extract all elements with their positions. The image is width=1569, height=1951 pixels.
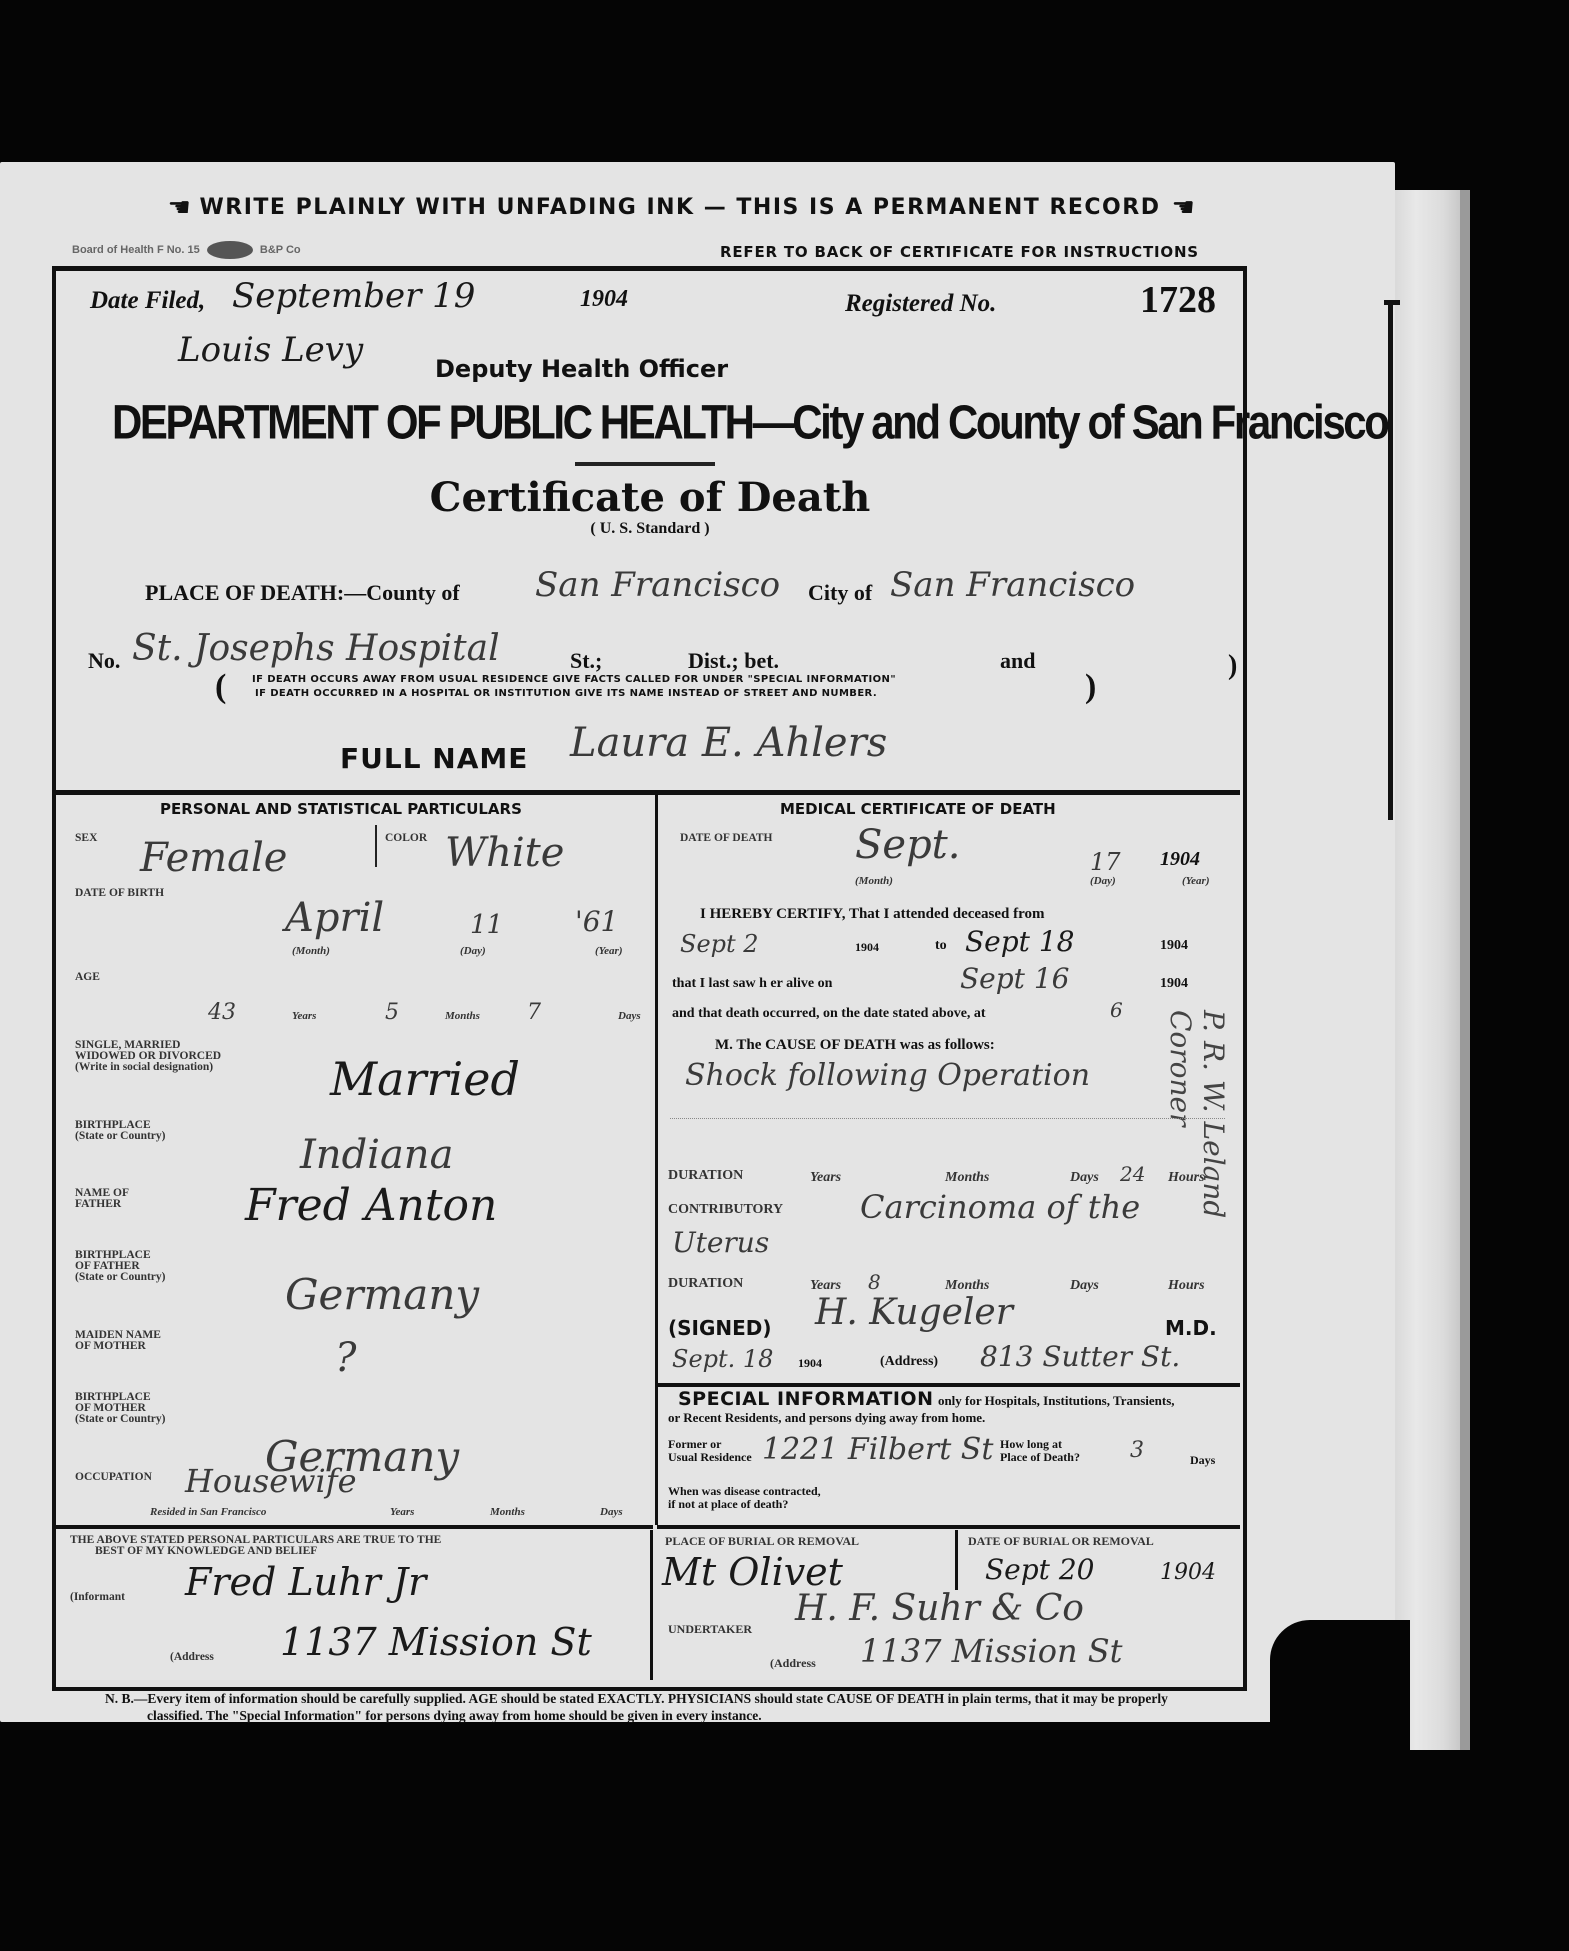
section-divider: [55, 790, 1240, 795]
paren-close: ): [1085, 668, 1096, 706]
cause-value: Shock following Operation: [685, 1058, 1090, 1093]
certificate-title: Certificate of Death: [0, 474, 1300, 521]
occupation-value: Housewife: [185, 1462, 357, 1500]
father-bp-label-3: (State or Country): [75, 1272, 166, 1283]
certify-text: I HEREBY CERTIFY, That I attended deceas…: [700, 906, 1045, 923]
street-label: St.;: [570, 648, 602, 674]
contributory-label: CONTRIBUTORY: [668, 1204, 783, 1215]
paren-open: (: [215, 668, 226, 706]
contributory-value-2: Uterus: [672, 1226, 769, 1259]
attended-from: Sept 2: [680, 930, 759, 958]
attended-to-year: 1904: [1160, 938, 1188, 954]
deputy-signature: Louis Levy: [178, 330, 363, 370]
dod-year-caption: (Year): [1182, 875, 1210, 887]
informant-statement-2: BEST OF MY KNOWLEDGE AND BELIEF: [95, 1546, 317, 1557]
form-number: Board of Health F No. 15 B&P Co: [72, 241, 301, 259]
deputy-title: Deputy Health Officer: [435, 355, 728, 383]
dod-month-caption: (Month): [855, 875, 893, 887]
title-rule: [575, 462, 715, 466]
year-caption: (Year): [595, 945, 623, 957]
days-caption: Days: [618, 1010, 641, 1022]
last-saw-value: Sept 16: [960, 962, 1069, 995]
medical-heading: MEDICAL CERTIFICATE OF DEATH: [780, 800, 1056, 818]
pointing-hand-icon: ☛: [166, 193, 191, 223]
duration-years: Years: [810, 1170, 841, 1186]
month-caption: (Month): [292, 945, 330, 957]
physician-address: 813 Sutter St.: [980, 1340, 1180, 1373]
burial-date-label: DATE of BURIAL or REMOVAL: [968, 1536, 1154, 1547]
informant-address: 1137 Mission St: [280, 1620, 592, 1664]
place-note-2: IF DEATH OCCURRED IN A HOSPITAL OR INSTI…: [255, 688, 877, 699]
city-value: San Francisco: [890, 565, 1135, 605]
special-heading-title: SPECIAL INFORMATION: [678, 1388, 933, 1410]
city-label: City of: [808, 580, 872, 606]
county-value: San Francisco: [535, 565, 780, 605]
resided-years: Years: [390, 1506, 414, 1518]
color-label: COLOR: [385, 833, 427, 844]
burial-date: Sept 20: [985, 1553, 1094, 1586]
years-caption: Years: [292, 1010, 316, 1022]
mother-label-2: OF MOTHER: [75, 1341, 146, 1352]
signed-date: Sept. 18: [672, 1345, 773, 1373]
sex-color-divider: [375, 825, 377, 867]
banner-text: WRITE PLAINLY WITH UNFADING INK — THIS I…: [200, 195, 1161, 220]
informant-name: Fred Luhr Jr: [185, 1560, 426, 1604]
district-label: Dist.; bet.: [688, 648, 779, 674]
pointing-hand-icon: ☛: [1170, 193, 1195, 223]
mother-bp-label-3: (State or Country): [75, 1414, 166, 1425]
months-caption: Months: [445, 1010, 480, 1022]
burial-divider: [657, 1525, 1240, 1529]
sex-label: SEX: [75, 833, 97, 844]
sex-value: Female: [140, 835, 287, 881]
occupation-label: OCCUPATION: [75, 1472, 152, 1483]
dod-day-caption: (Day): [1090, 875, 1116, 887]
footer-note: N. B.—Every item of information should b…: [105, 1690, 1217, 1724]
time-value: 6: [1110, 998, 1123, 1022]
street-value: St. Josephs Hospital: [132, 628, 500, 669]
dob-month: April: [285, 895, 384, 941]
full-name-value: Laura E. Ahlers: [570, 720, 887, 766]
last-saw-label: that I last saw h er alive on: [672, 976, 832, 992]
header-banner: ☛ WRITE PLAINLY WITH UNFADING INK — THIS…: [155, 193, 1205, 223]
book-page-edge-shadow: [1460, 190, 1470, 1750]
birthplace-label-2: (State or Country): [75, 1131, 166, 1142]
contributory-value-1: Carcinoma of the: [860, 1188, 1140, 1226]
mother-maiden-name: ?: [335, 1335, 356, 1381]
age-days: 7: [527, 1000, 541, 1025]
dod-year: 1904: [1160, 848, 1200, 871]
printer-text: B&P Co: [260, 244, 301, 256]
burial-year: 1904: [1160, 1560, 1216, 1585]
burial-place-label: PLACE OF BURIAL OR REMOVAL: [665, 1536, 859, 1547]
father-label-2: FATHER: [75, 1199, 121, 1210]
full-name-label: FULL NAME: [340, 742, 528, 775]
duration-days: Days: [1070, 1170, 1099, 1186]
signed-label: (SIGNED): [668, 1316, 772, 1340]
special-heading: SPECIAL INFORMATION only for Hospitals, …: [678, 1388, 1175, 1410]
resided-label: Resided in San Francisco: [150, 1506, 266, 1518]
certificate-subtitle: ( U. S. Standard ): [0, 520, 1300, 538]
special-heading-rest: only for Hospitals, Institutions, Transi…: [938, 1393, 1175, 1408]
dod-month: Sept.: [855, 822, 960, 868]
physician-signature: H. Kugeler: [815, 1292, 1013, 1333]
former-residence-label: Former or Usual Residence: [668, 1438, 752, 1464]
attended-to: Sept 18: [965, 925, 1074, 958]
column-divider: [655, 795, 658, 1525]
dob-label: DATE OF BIRTH: [75, 888, 164, 899]
column-divider-lower: [650, 1530, 653, 1680]
form-number-text: Board of Health F No. 15: [72, 244, 200, 256]
duration-label: DURATION: [668, 1170, 743, 1181]
page-corner-shadow: [1270, 1620, 1410, 1780]
color-value: White: [445, 830, 564, 876]
age-label: AGE: [75, 972, 100, 983]
occurred-label: and that death occurred, on the date sta…: [672, 1006, 986, 1022]
paren-close: ): [1228, 650, 1237, 682]
informant-address-label: (Address: [170, 1652, 214, 1663]
department-title: DEPARTMENT OF PUBLIC HEALTH—City and Cou…: [112, 395, 1222, 450]
street-number-label: No.: [88, 648, 120, 674]
last-saw-year: 1904: [1160, 976, 1188, 992]
howlong-value: 3: [1130, 1438, 1144, 1463]
cause-label: M. The CAUSE OF DEATH was as follows:: [715, 1037, 995, 1054]
and-label: and: [1000, 648, 1035, 674]
father-birthplace: Germany: [285, 1270, 479, 1319]
to-label: to: [935, 938, 947, 954]
informant-divider: [55, 1525, 653, 1529]
contracted-label-2: if not at place of death?: [668, 1498, 821, 1511]
dob-day: 11: [470, 910, 503, 940]
undertaker-name: H. F. Suhr & Co: [795, 1588, 1084, 1629]
contracted-label: When was disease contracted, if not at p…: [668, 1485, 821, 1511]
registered-label: Registered No.: [845, 290, 996, 318]
age-months: 5: [385, 1000, 399, 1025]
father-name: Fred Anton: [245, 1180, 497, 1231]
birthplace-value: Indiana: [300, 1132, 453, 1178]
day-caption: (Day): [460, 945, 486, 957]
refer-instructions: REFER TO BACK OF CERTIFICATE FOR INSTRUC…: [720, 243, 1199, 261]
duration-hours: Hours: [1168, 1170, 1205, 1186]
undertaker-label: UNDERTAKER: [668, 1624, 752, 1635]
duration2-months-value: 8: [868, 1270, 881, 1294]
duration2-hours: Hours: [1168, 1278, 1205, 1294]
physician-address-label: (Address): [880, 1354, 938, 1370]
age-years: 43: [208, 1000, 236, 1025]
personal-heading: PERSONAL AND STATISTICAL PARTICULARS: [160, 800, 522, 818]
place-note-1: IF DEATH OCCURS AWAY FROM USUAL RESIDENC…: [252, 674, 896, 685]
date-filed-year: 1904: [580, 286, 628, 313]
marital-value: Married: [330, 1052, 520, 1106]
special-heading-line2: or Recent Residents, and persons dying a…: [668, 1410, 985, 1426]
marital-label-3: (Write in social designation): [75, 1062, 213, 1073]
undertaker-address: 1137 Mission St: [860, 1632, 1123, 1670]
duration2-days: Days: [1070, 1278, 1099, 1294]
duration-hours-value: 24: [1120, 1162, 1145, 1186]
howlong-label-2: Place of Death?: [1000, 1451, 1080, 1464]
dod-label: DATE OF DEATH: [680, 833, 772, 844]
place-of-death-label: PLACE OF DEATH:—County of: [145, 580, 460, 606]
informant-label: (Informant: [70, 1592, 125, 1603]
duration2-label: DURATION: [668, 1278, 743, 1289]
burial-column-divider: [955, 1530, 958, 1590]
howlong-label: How long at Place of Death?: [1000, 1438, 1080, 1464]
former-residence-value: 1221 Filbert St: [762, 1432, 993, 1467]
adjacent-page-line: [1388, 300, 1393, 820]
resided-months: Months: [490, 1506, 525, 1518]
former-label-2: Usual Residence: [668, 1451, 752, 1464]
attended-from-year: 1904: [855, 940, 879, 955]
date-filed-value: September 19: [232, 276, 475, 316]
cause-line: [670, 1118, 1225, 1119]
dob-year: '61: [575, 905, 618, 938]
dod-day: 17: [1090, 848, 1121, 876]
undertaker-address-label: (Address: [770, 1658, 816, 1669]
date-filed-label: Date Filed,: [90, 287, 205, 315]
howlong-days: Days: [1190, 1453, 1215, 1468]
special-divider: [657, 1383, 1240, 1387]
signed-year: 1904: [798, 1356, 822, 1371]
union-seal-icon: [207, 241, 253, 259]
registered-number: 1728: [1140, 278, 1216, 322]
md-label: M.D.: [1165, 1316, 1217, 1340]
duration-months: Months: [945, 1170, 989, 1186]
resided-days: Days: [600, 1506, 623, 1518]
